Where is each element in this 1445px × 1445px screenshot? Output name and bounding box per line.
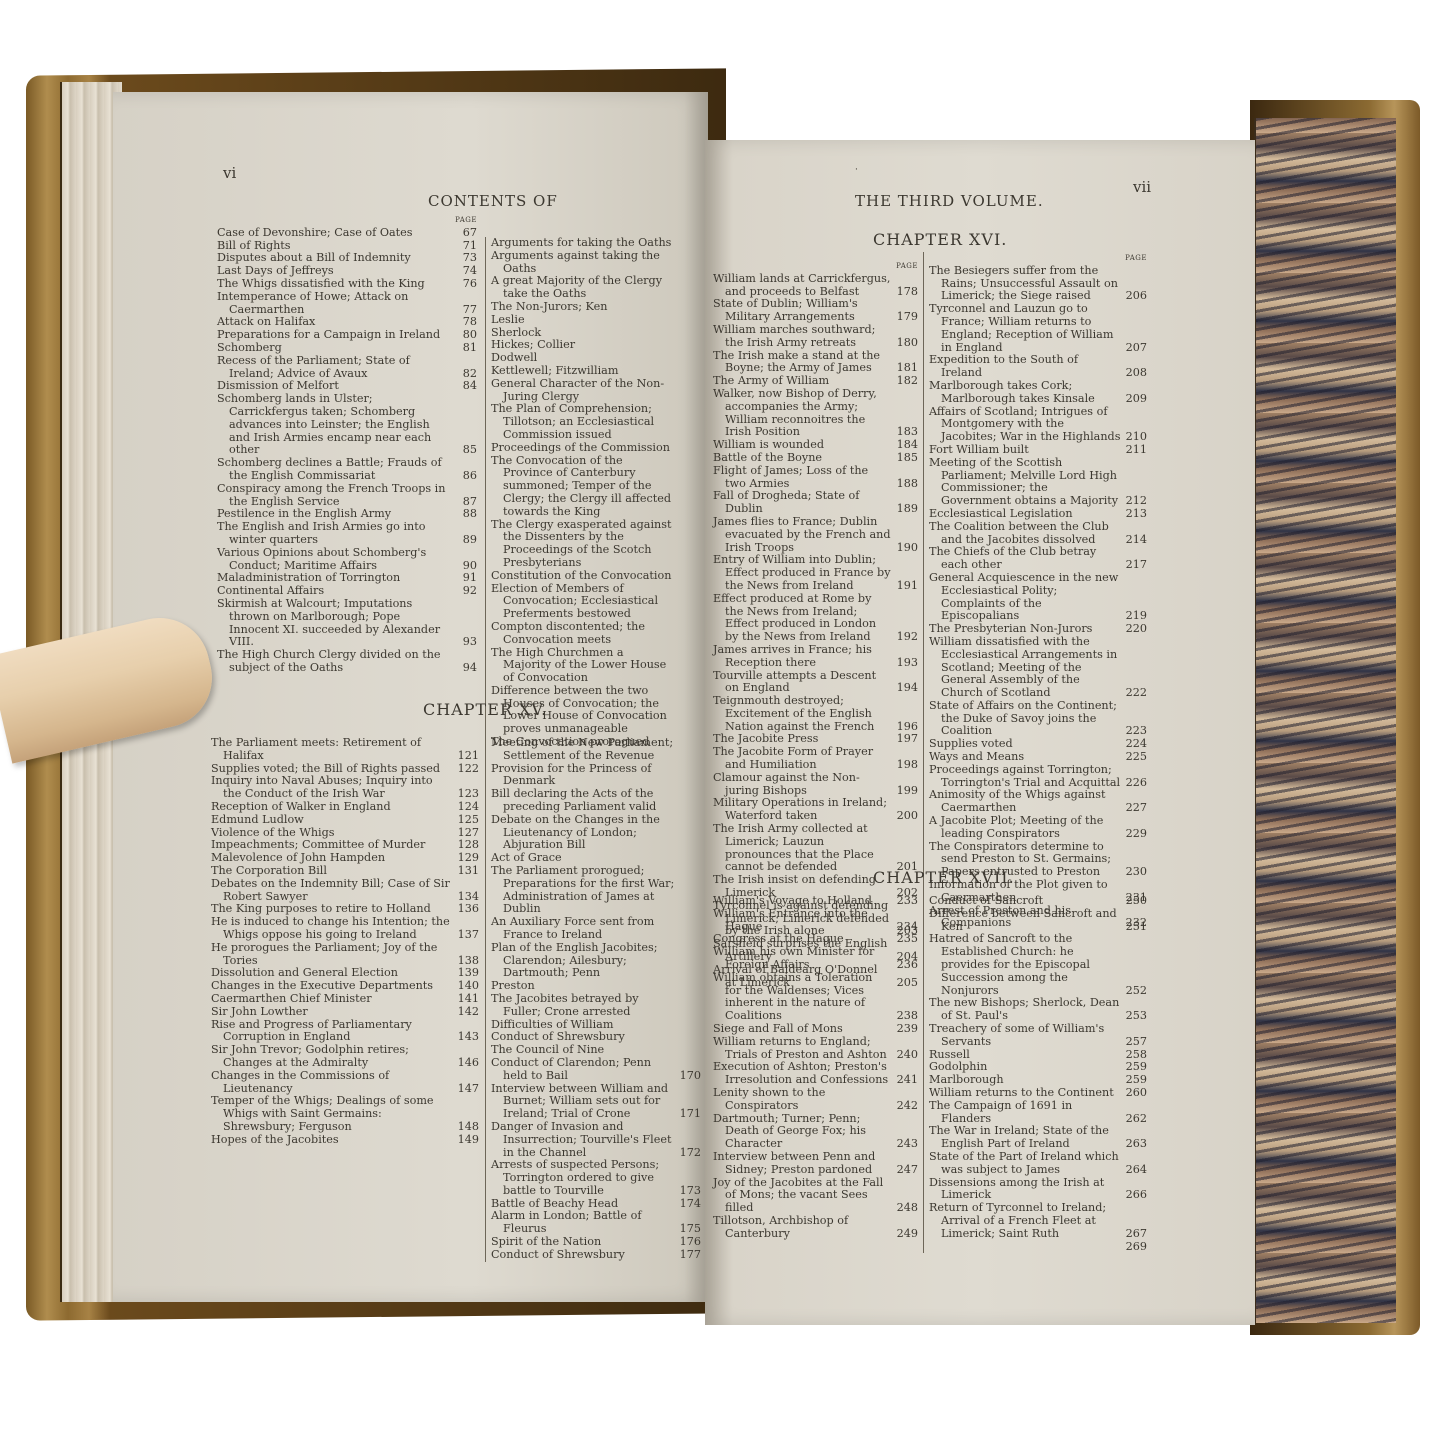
entry-title: A Jacobite Plot; Meeting of the leading … — [929, 815, 1121, 841]
entry-title: Edmund Ludlow — [211, 814, 453, 827]
entry-title: General Character of the Non-Juring Cler… — [491, 378, 675, 404]
page-number: 147 — [453, 1083, 479, 1096]
entry-title: Hopes of the Jacobites — [211, 1134, 453, 1147]
toc-entry: Inquiry into Naval Abuses; Inquiry into … — [211, 775, 479, 801]
page-number: 122 — [453, 763, 479, 776]
entry-title: Siege and Fall of Mons — [713, 1023, 892, 1036]
entry-title: The Non-Jurors; Ken — [491, 301, 675, 314]
page-number: 252 — [1121, 985, 1147, 998]
toc-entry: William returns to England; Trials of Pr… — [713, 1036, 918, 1062]
entry-title: Constitution of the Convocation — [491, 570, 675, 583]
toc-entry: Proceedings of the Commission — [491, 442, 701, 455]
entry-title: Conspiracy among the French Troops in th… — [217, 483, 451, 509]
entry-title: General Acquiescence in the new Ecclesia… — [929, 572, 1121, 623]
entry-title: The new Bishops; Sherlock, Dean of St. P… — [929, 997, 1121, 1023]
entry-title: Marlborough takes Cork; Marlborough take… — [929, 380, 1121, 406]
toc-entry: Expedition to the South of Ireland208 — [929, 354, 1147, 380]
entry-title: Various Opinions about Schomberg's Condu… — [217, 547, 451, 573]
entry-title: Caermarthen Chief Minister — [211, 993, 453, 1006]
toc-entry: William's Entrance into the Hague234 — [713, 908, 918, 934]
entry-title: The Whigs dissatisfied with the King — [217, 278, 451, 291]
page-column-label: PAGE — [713, 260, 918, 273]
toc-entry: The Presbyterian Non-Jurors220 — [929, 623, 1147, 636]
toc-entry: Bill declaring the Acts of the preceding… — [491, 788, 701, 814]
page-number: 217 — [1121, 559, 1147, 572]
toc-entry: The High Church Clergy divided on the su… — [217, 649, 477, 675]
entry-title: Conduct of Sancroft — [929, 895, 1121, 908]
toc-entry: Marlborough takes Cork; Marlborough take… — [929, 380, 1147, 406]
page-number: 233 — [892, 895, 918, 908]
page-number: 89 — [451, 534, 477, 547]
page-number: 199 — [892, 785, 918, 798]
page-column-label: PAGE — [929, 252, 1147, 265]
entry-title: Battle of the Boyne — [713, 452, 892, 465]
page-number: 214 — [1121, 534, 1147, 547]
toc-entry: Election of Members of Convocation; Eccl… — [491, 583, 701, 621]
toc-column-left-3: The Parliament meets: Retirement of Hali… — [211, 737, 479, 1147]
toc-entry: A Jacobite Plot; Meeting of the leading … — [929, 815, 1147, 841]
entry-title: Ecclesiastical Legislation — [929, 508, 1121, 521]
toc-entry: Arrests of suspected Persons; Torrington… — [491, 1159, 701, 1197]
entry-title: Inquiry into Naval Abuses; Inquiry into … — [211, 775, 453, 801]
entry-title: Recess of the Parliament; State of Irela… — [217, 355, 451, 381]
entry-title: The High Church Clergy divided on the su… — [217, 649, 451, 675]
toc-entry: Spirit of the Nation176 — [491, 1236, 701, 1249]
page-number: 251 — [1121, 921, 1147, 934]
page-number: 220 — [1121, 623, 1147, 636]
toc-entry: The Non-Jurors; Ken — [491, 301, 701, 314]
toc-entry: The War in Ireland; State of the English… — [929, 1125, 1147, 1151]
toc-entry: James arrives in France; his Reception t… — [713, 644, 918, 670]
page-number: 171 — [675, 1108, 701, 1121]
chapter-heading: CHAPTER XV. — [423, 700, 547, 719]
page-number: 93 — [451, 636, 477, 649]
entry-title: Difference between Sancroft and Ken — [929, 908, 1121, 934]
toc-entry: William obtains a Toleration for the Wal… — [713, 972, 918, 1023]
toc-entry: Military Operations in Ireland; Waterfor… — [713, 797, 918, 823]
entry-title: Expedition to the South of Ireland — [929, 354, 1121, 380]
page-number: 141 — [453, 993, 479, 1006]
toc-entry: Leslie — [491, 314, 701, 327]
toc-entry: Fort William built211 — [929, 444, 1147, 457]
toc-entry: The Coalition between the Club and the J… — [929, 521, 1147, 547]
entry-title: The Besiegers suffer from the Rains; Uns… — [929, 265, 1121, 303]
entry-title: He prorogues the Parliament; Joy of the … — [211, 942, 453, 968]
toc-entry: Rise and Progress of Parliamentary Corru… — [211, 1019, 479, 1045]
toc-entry: The Irish Army collected at Limerick; La… — [713, 823, 918, 874]
toc-entry: State of the Part of Ireland which was s… — [929, 1151, 1147, 1177]
toc-entry: William dissatisfied with the Ecclesiast… — [929, 636, 1147, 700]
page-number: 206 — [1121, 290, 1147, 303]
toc-entry: Siege and Fall of Mons239 — [713, 1023, 918, 1036]
toc-entry: Meeting of the Scottish Parliament; Melv… — [929, 457, 1147, 508]
entry-title: Lenity shown to the Conspirators — [713, 1087, 892, 1113]
entry-title: Arrests of suspected Persons; Torrington… — [491, 1159, 675, 1197]
entry-title: The Council of Nine — [491, 1044, 675, 1057]
page-number: 81 — [451, 342, 477, 355]
entry-title: Meeting of the Scottish Parliament; Melv… — [929, 457, 1121, 508]
toc-entry: General Character of the Non-Juring Cler… — [491, 378, 701, 404]
toc-entry: Interview between William and Burnet; Wi… — [491, 1083, 701, 1121]
toc-entry: Reception of Walker in England124 — [211, 801, 479, 814]
page-number: 235 — [892, 933, 918, 946]
running-head-left: CONTENTS OF — [428, 192, 558, 210]
entry-title: The Jacobites betrayed by Fuller; Crone … — [491, 993, 675, 1019]
page-number: 239 — [892, 1023, 918, 1036]
toc-entry: Continental Affairs92 — [217, 585, 477, 598]
toc-entry: The Council of Nine — [491, 1044, 701, 1057]
toc-entry: Proceedings against Torrington; Torringt… — [929, 764, 1147, 790]
toc-entry: The Plan of Comprehension; Tillotson; an… — [491, 403, 701, 441]
toc-entry: Battle of the Boyne185 — [713, 452, 918, 465]
toc-entry: James flies to France; Dublin evacuated … — [713, 516, 918, 554]
toc-entry: Tyrconnel and Lauzun go to France; Willi… — [929, 303, 1147, 354]
entry-title: Interview between Penn and Sidney; Prest… — [713, 1151, 892, 1177]
toc-entry: Lenity shown to the Conspirators242 — [713, 1087, 918, 1113]
right-page: · vii THE THIRD VOLUME. CHAPTER XVI. PAG… — [705, 140, 1255, 1325]
toc-entry: Schomberg lands in Ulster; Carrickfergus… — [217, 393, 477, 457]
entry-title: Treachery of some of William's Servants — [929, 1023, 1121, 1049]
page-number: 267 — [1121, 1228, 1147, 1241]
page-number: 211 — [1121, 444, 1147, 457]
page-number: 197 — [892, 733, 918, 746]
toc-entry: Conduct of Sancroft250 — [929, 895, 1147, 908]
entry-title: William obtains a Toleration for the Wal… — [713, 972, 892, 1023]
page-number: 247 — [892, 1164, 918, 1177]
page-number: 176 — [675, 1236, 701, 1249]
toc-entry: Dartmouth; Turner; Penn; Death of George… — [713, 1113, 918, 1151]
toc-entry: Animosity of the Whigs against Caermarth… — [929, 789, 1147, 815]
entry-title: Proceedings of the Commission — [491, 442, 675, 455]
toc-column-right-4: Conduct of Sancroft250Difference between… — [923, 895, 1147, 1253]
page-number: 236 — [892, 959, 918, 972]
toc-entry: Sir John Lowther142 — [211, 1006, 479, 1019]
entry-title: Temper of the Whigs; Dealings of some Wh… — [211, 1095, 453, 1133]
page-number: 84 — [451, 380, 477, 393]
page-number: 124 — [453, 801, 479, 814]
page-number: 229 — [1121, 828, 1147, 841]
page-number: 253 — [1121, 1010, 1147, 1023]
entry-title: The Parliament prorogued; Preparations f… — [491, 865, 675, 916]
page-number: 182 — [892, 375, 918, 388]
toc-entry: The Convocation of the Province of Cante… — [491, 455, 701, 519]
entry-title: The English and Irish Armies go into win… — [217, 521, 451, 547]
entry-title: Return of Tyrconnel to Ireland; Arrival … — [929, 1202, 1121, 1240]
entry-title: State of the Part of Ireland which was s… — [929, 1151, 1121, 1177]
page-number: 207 — [1121, 342, 1147, 355]
entry-title: Leslie — [491, 314, 675, 327]
entry-title: The Irish Army collected at Limerick; La… — [713, 823, 892, 874]
toc-entry: Entry of William into Dublin; Effect pro… — [713, 554, 918, 592]
page-number: 148 — [453, 1121, 479, 1134]
toc-entry: Changes in the Commissions of Lieutenanc… — [211, 1070, 479, 1096]
toc-entry: The Clergy exasperated against the Disse… — [491, 519, 701, 570]
entry-title: The Convocation of the Province of Cante… — [491, 455, 675, 519]
chapter-heading: CHAPTER XVII. — [873, 868, 1015, 887]
toc-entry: Arguments for taking the Oaths — [491, 237, 701, 250]
toc-entry: Affairs of Scotland; Intrigues of Montgo… — [929, 406, 1147, 444]
page-number: 264 — [1121, 1164, 1147, 1177]
page-number: 227 — [1121, 802, 1147, 815]
entry-title: Danger of Invasion and Insurrection; Tou… — [491, 1121, 675, 1159]
page-number: 142 — [453, 1006, 479, 1019]
entry-title: William his own Minister for Foreign Aff… — [713, 946, 892, 972]
toc-entry: Skirmish at Walcourt; Imputations thrown… — [217, 598, 477, 649]
entry-title: Clamour against the Non-juring Bishops — [713, 772, 892, 798]
toc-entry: The Campaign of 1691 in Flanders262 — [929, 1100, 1147, 1126]
page-number: 200 — [892, 810, 918, 823]
entry-title: The Clergy exasperated against the Disse… — [491, 519, 675, 570]
page-number: 240 — [892, 1049, 918, 1062]
page-number: 243 — [892, 1138, 918, 1151]
page-number: 185 — [892, 452, 918, 465]
page-number: 269 — [1121, 1241, 1147, 1254]
page-number: 190 — [892, 542, 918, 555]
entry-title: Debates on the Indemnity Bill; Case of S… — [211, 878, 453, 904]
page-number: 172 — [675, 1147, 701, 1160]
entry-title: Schomberg declines a Battle; Frauds of t… — [217, 457, 451, 483]
page-number: 266 — [1121, 1189, 1147, 1202]
entry-title: William dissatisfied with the Ecclesiast… — [929, 636, 1121, 700]
toc-entry: The Parliament prorogued; Preparations f… — [491, 865, 701, 916]
entry-title: Conduct of Shrewsbury — [491, 1249, 675, 1262]
entry-title: Arguments for taking the Oaths — [491, 237, 675, 250]
page-number: 191 — [892, 580, 918, 593]
page-number: 137 — [453, 929, 479, 942]
entry-title: The Plan of Comprehension; Tillotson; an… — [491, 403, 675, 441]
page-number: 94 — [451, 662, 477, 675]
entry-title: Sir John Lowther — [211, 1006, 453, 1019]
toc-entry: Fall of Drogheda; State of Dublin189 — [713, 490, 918, 516]
page-number: 249 — [892, 1228, 918, 1241]
page-number: 149 — [453, 1134, 479, 1147]
entry-title: William lands at Carrickfergus, and proc… — [713, 273, 892, 299]
toc-entry: State of Dublin; William's Military Arra… — [713, 298, 918, 324]
entry-title: Tillotson, Archbishop of Canterbury — [713, 1215, 892, 1241]
toc-entry: The Chiefs of the Club betray each other… — [929, 546, 1147, 572]
page-number: 226 — [1121, 777, 1147, 790]
entry-title: Changes in the Commissions of Lieutenanc… — [211, 1070, 453, 1096]
entry-title: The High Churchmen a Majority of the Low… — [491, 647, 675, 685]
toc-entry: Debate on the Changes in the Lieutenancy… — [491, 814, 701, 852]
entry-title: Kettlewell; Fitzwilliam — [491, 365, 675, 378]
toc-entry: Interview between Penn and Sidney; Prest… — [713, 1151, 918, 1177]
toc-column-right-2: PAGE The Besiegers suffer from the Rains… — [923, 252, 1147, 930]
toc-entry: William marches southward; the Irish Arm… — [713, 324, 918, 350]
entry-title: Dartmouth; Turner; Penn; Death of George… — [713, 1113, 892, 1151]
toc-entry: Teignmouth destroyed; Excitement of the … — [713, 695, 918, 733]
page-number: 92 — [451, 585, 477, 598]
entry-title: Rise and Progress of Parliamentary Corru… — [211, 1019, 453, 1045]
page-number: 225 — [1121, 751, 1147, 764]
chapter-heading: CHAPTER XVI. — [873, 230, 1007, 249]
toc-entry: The new Bishops; Sherlock, Dean of St. P… — [929, 997, 1147, 1023]
entry-title: William returns to the Continent — [929, 1087, 1121, 1100]
toc-entry: Provision for the Princess of Denmark — [491, 763, 701, 789]
entry-title: Flight of James; Loss of the two Armies — [713, 465, 892, 491]
toc-entry: The High Churchmen a Majority of the Low… — [491, 647, 701, 685]
toc-column-right-3: William's Voyage to Holland233William's … — [713, 895, 918, 1241]
entry-title: Ways and Means — [929, 751, 1121, 764]
entry-title: Teignmouth destroyed; Excitement of the … — [713, 695, 892, 733]
entry-title: Schomberg lands in Ulster; Carrickfergus… — [217, 393, 451, 457]
entry-title: William returns to England; Trials of Pr… — [713, 1036, 892, 1062]
toc-entry: The Irish make a stand at the Boyne; the… — [713, 350, 918, 376]
toc-entry: An Auxiliary Force sent from France to I… — [491, 916, 701, 942]
toc-entry: Effect produced at Rome by the News from… — [713, 593, 918, 644]
entry-title: Continental Affairs — [217, 585, 451, 598]
toc-entry: Joy of the Jacobites at the Fall of Mons… — [713, 1177, 918, 1215]
entry-title: Effect produced at Rome by the News from… — [713, 593, 892, 644]
page-number: 257 — [1121, 1036, 1147, 1049]
page-number: 88 — [451, 508, 477, 521]
entry-title: Election of Members of Convocation; Eccl… — [491, 583, 675, 621]
toc-entry: Flight of James; Loss of the two Armies1… — [713, 465, 918, 491]
entry-title: Fall of Drogheda; State of Dublin — [713, 490, 892, 516]
toc-entry: He prorogues the Parliament; Joy of the … — [211, 942, 479, 968]
toc-entry: William lands at Carrickfergus, and proc… — [713, 273, 918, 299]
toc-column-left-4: Meeting of the New Parliament; Settlemen… — [485, 737, 701, 1262]
entry-title: State of Affairs on the Continent; the D… — [929, 700, 1121, 738]
entry-title: An Auxiliary Force sent from France to I… — [491, 916, 675, 942]
entry-title: State of Dublin; William's Military Arra… — [713, 298, 892, 324]
toc-entry: Plan of the English Jacobites; Clarendon… — [491, 942, 701, 980]
entry-title: William marches southward; the Irish Arm… — [713, 324, 892, 350]
entry-title: Schomberg — [217, 342, 451, 355]
entry-title: Proceedings against Torrington; Torringt… — [929, 764, 1121, 790]
entry-title: He is induced to change his Intention; t… — [211, 916, 453, 942]
toc-entry: Ways and Means225 — [929, 751, 1147, 764]
entry-title: The Presbyterian Non-Jurors — [929, 623, 1121, 636]
toc-entry: He is induced to change his Intention; t… — [211, 916, 479, 942]
entry-title: Plan of the English Jacobites; Clarendon… — [491, 942, 675, 980]
entry-title: Walker, now Bishop of Derry, accompanies… — [713, 388, 892, 439]
toc-entry: Intemperance of Howe; Attack on Caermart… — [217, 291, 477, 317]
toc-entry: Schomberg81 — [217, 342, 477, 355]
page-number: 177 — [675, 1249, 701, 1262]
page-number: 143 — [453, 1031, 479, 1044]
entry-title: Joy of the Jacobites at the Fall of Mons… — [713, 1177, 892, 1215]
entry-title: Tyrconnel and Lauzun go to France; Willi… — [929, 303, 1121, 354]
page-number: 170 — [675, 1070, 701, 1083]
toc-entry: The Besiegers suffer from the Rains; Uns… — [929, 265, 1147, 303]
entry-title: Sir John Trevor; Godolphin retires; Chan… — [211, 1044, 453, 1070]
page-number: 260 — [1121, 1087, 1147, 1100]
toc-entry: Temper of the Whigs; Dealings of some Wh… — [211, 1095, 479, 1133]
toc-entry: The Jacobites betrayed by Fuller; Crone … — [491, 993, 701, 1019]
entry-title: William's Entrance into the Hague — [713, 908, 892, 934]
page-number: 262 — [1121, 1113, 1147, 1126]
entry-title: Compton discontented; the Convocation me… — [491, 621, 675, 647]
toc-entry: State of Affairs on the Continent; the D… — [929, 700, 1147, 738]
toc-entry: Ecclesiastical Legislation213 — [929, 508, 1147, 521]
entry-title: Conduct of Clarendon; Penn held to Bail — [491, 1057, 675, 1083]
toc-column-left-2: Arguments for taking the OathsArguments … — [485, 237, 701, 749]
entry-title: Case of Devonshire; Case of Oates — [217, 227, 451, 240]
page-number: 67 — [451, 227, 477, 240]
toc-entry: The Parliament meets: Retirement of Hali… — [211, 737, 479, 763]
entry-title: The Corporation Bill — [211, 865, 453, 878]
toc-entry: Debates on the Indemnity Bill; Case of S… — [211, 878, 479, 904]
toc-entry: The Whigs dissatisfied with the King76 — [217, 278, 477, 291]
page-number: 208 — [1121, 367, 1147, 380]
page-number: 209 — [1121, 393, 1147, 406]
entry-title: Animosity of the Whigs against Caermarth… — [929, 789, 1121, 815]
page-number: 188 — [892, 478, 918, 491]
toc-entry: Hopes of the Jacobites149 — [211, 1134, 479, 1147]
entry-title: Dissensions among the Irish at Limerick — [929, 1177, 1121, 1203]
printer-mark: · — [855, 165, 858, 175]
toc-entry: Conspiracy among the French Troops in th… — [217, 483, 477, 509]
entry-title: Spirit of the Nation — [491, 1236, 675, 1249]
toc-entry: William his own Minister for Foreign Aff… — [713, 946, 918, 972]
toc-entry: Execution of Ashton; Preston's Irresolut… — [713, 1061, 918, 1087]
toc-entry: Edmund Ludlow125 — [211, 814, 479, 827]
entry-title: Alarm in London; Battle of Fleurus — [491, 1210, 675, 1236]
toc-entry: Various Opinions about Schomberg's Condu… — [217, 547, 477, 573]
toc-entry: The Jacobite Form of Prayer and Humiliat… — [713, 746, 918, 772]
page-number: 178 — [892, 286, 918, 299]
toc-entry: Danger of Invasion and Insurrection; Tou… — [491, 1121, 701, 1159]
entry-title: Intemperance of Howe; Attack on Caermart… — [217, 291, 451, 317]
marbled-fore-edge — [1254, 118, 1396, 1323]
entry-title: The Parliament meets: Retirement of Hali… — [211, 737, 453, 763]
entry-title: Meeting of the New Parliament; Settlemen… — [491, 737, 675, 763]
page-number: 131 — [453, 865, 479, 878]
page-column-label: PAGE — [217, 214, 477, 227]
running-head-right: THE THIRD VOLUME. — [855, 192, 1044, 210]
entry-title: Entry of William into Dublin; Effect pro… — [713, 554, 892, 592]
toc-entry: Tillotson, Archbishop of Canterbury249 — [713, 1215, 918, 1241]
page-number: 198 — [892, 759, 918, 772]
entry-title: James flies to France; Dublin evacuated … — [713, 516, 892, 554]
toc-entry: General Acquiescence in the new Ecclesia… — [929, 572, 1147, 623]
page-number: 230 — [1121, 866, 1147, 879]
page-number: 193 — [892, 657, 918, 670]
page-number: 250 — [1121, 895, 1147, 908]
toc-entry: Meeting of the New Parliament; Settlemen… — [491, 737, 701, 763]
entry-title: Hatred of Sancroft to the Established Ch… — [929, 933, 1121, 997]
entry-title: Debate on the Changes in the Lieutenancy… — [491, 814, 675, 852]
page-number: 76 — [451, 278, 477, 291]
toc-entry: Treachery of some of William's Servants2… — [929, 1023, 1147, 1049]
toc-entry: 269 — [929, 1241, 1147, 1254]
toc-entry: Schomberg declines a Battle; Frauds of t… — [217, 457, 477, 483]
folio-left: vi — [223, 164, 236, 182]
page-number: 242 — [892, 1100, 918, 1113]
toc-entry: The English and Irish Armies go into win… — [217, 521, 477, 547]
page-number: 248 — [892, 1202, 918, 1215]
toc-column-left-1: PAGE Case of Devonshire; Case of Oates67… — [217, 214, 477, 675]
entry-title: The Chiefs of the Club betray each other — [929, 546, 1121, 572]
open-book: vi CONTENTS OF PAGE Case of Devonshire; … — [0, 0, 1445, 1445]
entry-title: The War in Ireland; State of the English… — [929, 1125, 1121, 1151]
entry-title: Arguments against taking the Oaths — [491, 250, 675, 276]
toc-entry: Walker, now Bishop of Derry, accompanies… — [713, 388, 918, 439]
toc-entry: Arguments against taking the Oaths — [491, 250, 701, 276]
entry-title: Military Operations in Ireland; Waterfor… — [713, 797, 892, 823]
entry-title: Affairs of Scotland; Intrigues of Montgo… — [929, 406, 1121, 444]
page-number: 263 — [1121, 1138, 1147, 1151]
entry-title: The Campaign of 1691 in Flanders — [929, 1100, 1121, 1126]
entry-title: Interview between William and Burnet; Wi… — [491, 1083, 675, 1121]
entry-title: Skirmish at Walcourt; Imputations thrown… — [217, 598, 451, 649]
toc-entry: Hatred of Sancroft to the Established Ch… — [929, 933, 1147, 997]
page-number: 180 — [892, 337, 918, 350]
toc-entry: Tourville attempts a Descent on England1… — [713, 670, 918, 696]
page-number: 173 — [675, 1185, 701, 1198]
toc-entry: Constitution of the Convocation — [491, 570, 701, 583]
